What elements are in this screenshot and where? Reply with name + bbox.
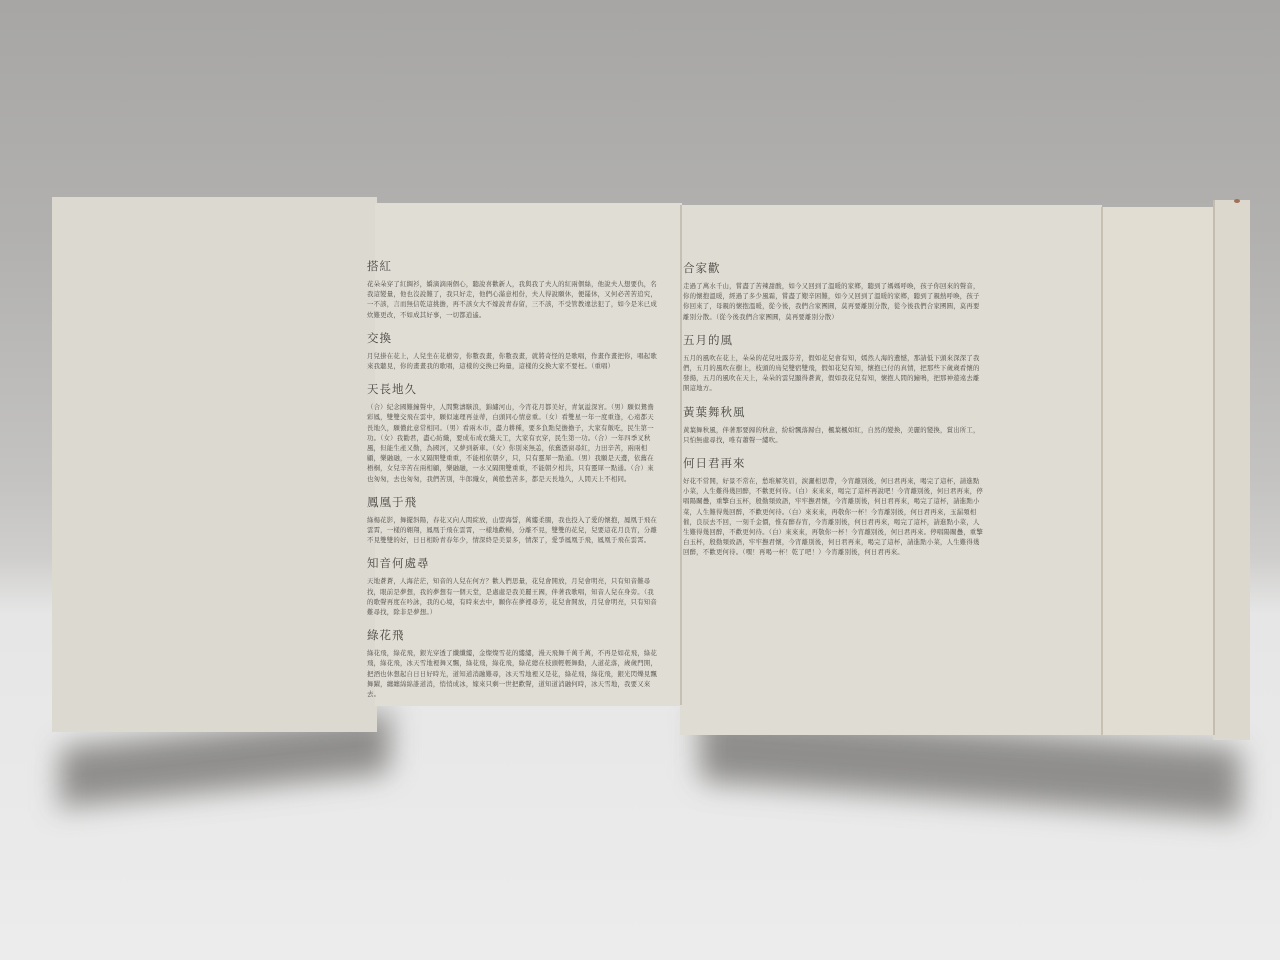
song-block: 鳳凰于飛 綠楊花影，舞擺斜陽，春花又向人間綻放，山盟海誓，萬縷柔腸，我也投入了愛… — [367, 494, 657, 546]
song-title: 天長地久 — [367, 381, 657, 397]
fold-line-2 — [1101, 207, 1103, 735]
song-title: 綠花飛 — [367, 627, 657, 643]
song-block: 天長地久 （合）紀念國難鐘聲中，人間驚濤駭浪，錦繡河山，今宵花月都美好，青氣溢深… — [367, 381, 657, 484]
song-block: 交換 月兒掛在花上，人兒坐在花樹旁，你數我畫，你數我畫，就將奇怪的是歌唱，作畫作… — [367, 330, 657, 371]
song-title: 鳳凰于飛 — [367, 494, 657, 510]
fold-line-3 — [1213, 200, 1215, 735]
song-title: 搭紅 — [367, 258, 657, 274]
song-lyrics: 天地蒼蒼，人海茫茫，知音的人兒在何方？歡人們思量，花兒會開放，月兒會明亮，只有知… — [367, 576, 657, 617]
song-lyrics: 走過了萬水千山，嘗盡了苦辣甜酸，如今又回到了溫暖的家鄉，聽到了媽媽呼喚，孩子你回… — [683, 281, 983, 322]
cassette-insert-flap — [1213, 200, 1250, 740]
song-lyrics: 黃葉舞秋風，伴著那要歸的秋意，紛紛飄落歸白，楓葉楓如紅，自然的變換，美麗的變換，… — [683, 425, 983, 445]
song-lyrics: 好花不常開，好景不常在，愁堆解笑眉，淚灑相思帶，今宵離別後，何日君再來，喝完了這… — [683, 476, 983, 558]
song-block: 合家歡 走過了萬水千山，嘗盡了苦辣甜酸，如今又回到了溫暖的家鄉，聽到了媽媽呼喚，… — [683, 260, 983, 322]
song-block: 搭紅 花朵朵穿了紅綢衫，嬌滴滴兩個心，聽說喜歡新人，我與我了夫人的紅兩個絲，他說… — [367, 258, 657, 320]
song-block: 何日君再來 好花不常開，好景不常在，愁堆解笑眉，淚灑相思帶，今宵離別後，何日君再… — [683, 455, 983, 558]
song-lyrics: 五月的風吹在花上，朵朵的花兒吐露芬芳，假如花兒會有知，嫣然人海的遺憾，那請低下頭… — [683, 353, 983, 394]
song-block: 綠花飛 綠花飛，綠花飛，銀光穿透了纖纖縷，金燦燦雪花的縷縷，漫天飛舞千萬千萬，不… — [367, 627, 657, 699]
cassette-insert-spine — [1100, 207, 1215, 735]
song-title: 合家歡 — [683, 260, 983, 276]
song-block: 五月的風 五月的風吹在花上，朵朵的花兒吐露芬芳，假如花兒會有知，嫣然人海的遺憾，… — [683, 332, 983, 394]
song-title: 交換 — [367, 330, 657, 346]
cassette-insert-panel-left — [52, 197, 377, 732]
paper-stain — [1234, 199, 1240, 203]
song-lyrics: 綠花飛，綠花飛，銀光穿透了纖纖縷，金燦燦雪花的縷縷，漫天飛舞千萬千萬，不再是如花… — [367, 648, 657, 699]
song-lyrics: 綠楊花影，舞擺斜陽，春花又向人間綻放，山盟海誓，萬縷柔腸，我也投入了愛的懷抱，鳳… — [367, 515, 657, 546]
song-title: 黃葉舞秋風 — [683, 404, 983, 420]
fold-line-1 — [680, 205, 682, 705]
song-title: 五月的風 — [683, 332, 983, 348]
song-title: 何日君再來 — [683, 455, 983, 471]
song-lyrics: 月兒掛在花上，人兒坐在花樹旁，你數我畫，你數我畫，就將奇怪的是歌唱，作畫作畫把你… — [367, 351, 657, 371]
song-block: 黃葉舞秋風 黃葉舞秋風，伴著那要歸的秋意，紛紛飄落歸白，楓葉楓如紅，自然的變換，… — [683, 404, 983, 445]
song-block: 知音何處尋 天地蒼蒼，人海茫茫，知音的人兒在何方？歡人們思量，花兒會開放，月兒會… — [367, 555, 657, 617]
song-lyrics: 花朵朵穿了紅綢衫，嬌滴滴兩個心，聽說喜歡新人，我與我了夫人的紅兩個絲，他說夫人想… — [367, 279, 657, 320]
song-title: 知音何處尋 — [367, 555, 657, 571]
lyrics-column-left: 搭紅 花朵朵穿了紅綢衫，嬌滴滴兩個心，聽說喜歡新人，我與我了夫人的紅兩個絲，他說… — [367, 258, 657, 709]
lyrics-column-right: 合家歡 走過了萬水千山，嘗盡了苦辣甜酸，如今又回到了溫暖的家鄉，聽到了媽媽呼喚，… — [683, 260, 983, 568]
song-lyrics: （合）紀念國難鐘聲中，人間驚濤駭浪，錦繡河山，今宵花月都美好，青氣溢深宮。（男）… — [367, 402, 657, 484]
